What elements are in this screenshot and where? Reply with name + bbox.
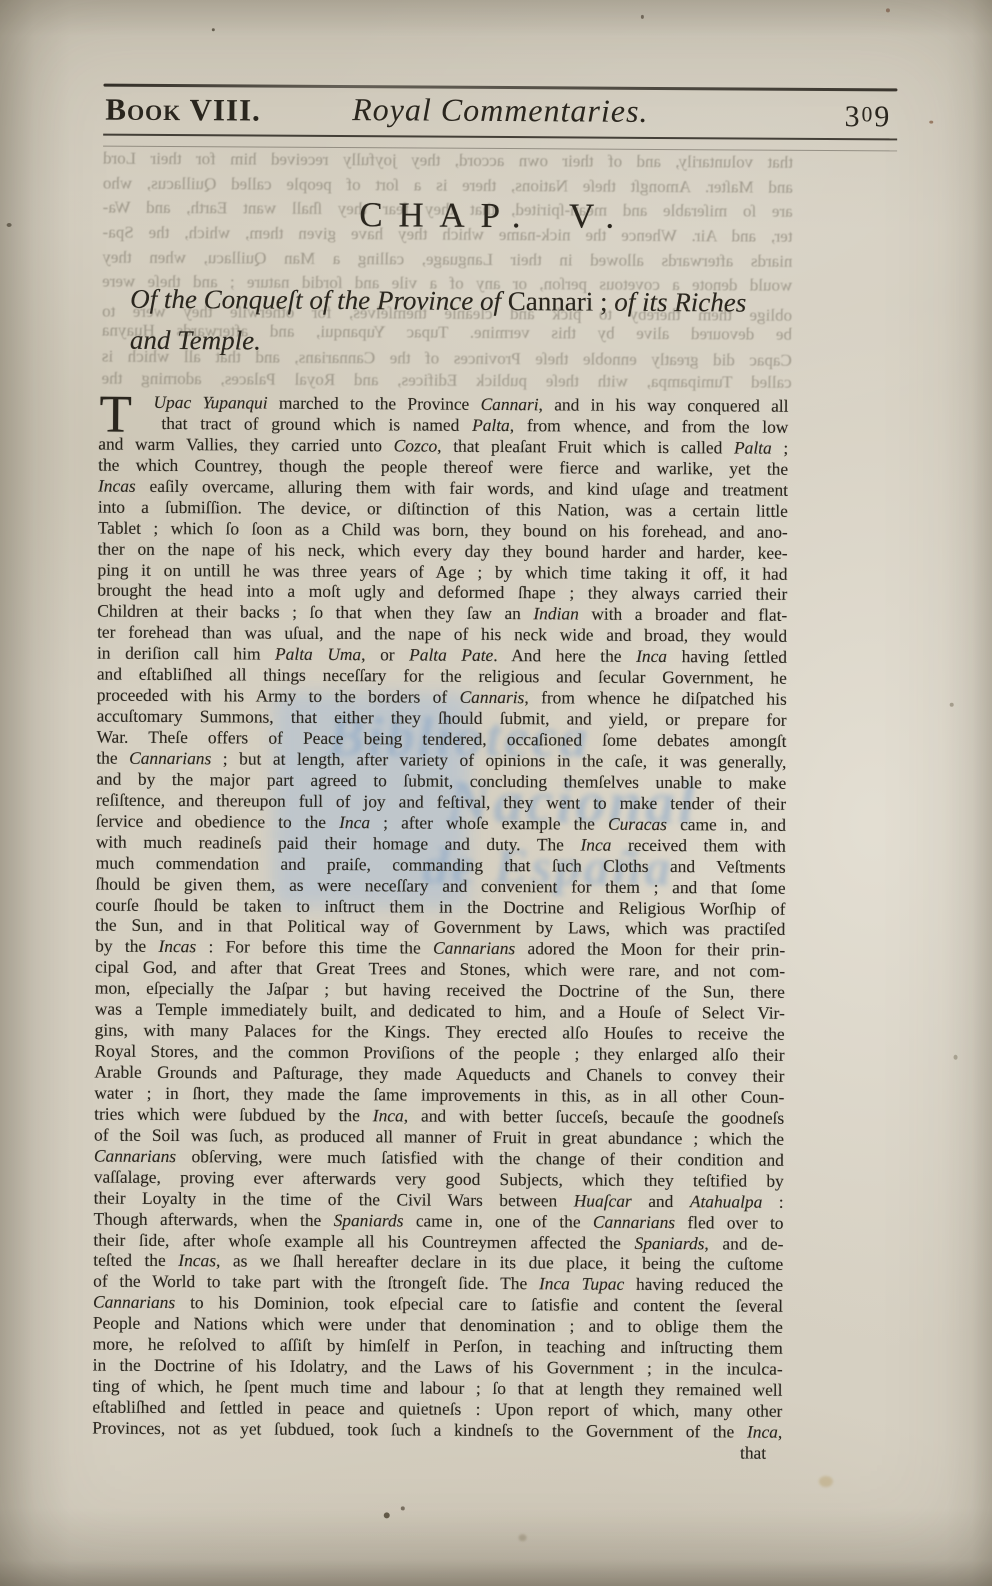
body-line: Provinces, not as yet ſubdued, took ſuch… <box>92 1417 782 1442</box>
stain-spot <box>212 28 215 31</box>
chapter-subtitle: Of the Conqueſt of the Province of Canna… <box>130 279 870 366</box>
body-lines: Upac Yupanqui marched to the Province Ca… <box>92 392 788 1443</box>
catchword: that <box>92 1438 782 1464</box>
running-title: Royal Commentaries. <box>103 90 897 132</box>
stain-spot <box>950 703 954 707</box>
stain-spot <box>641 15 644 19</box>
chapter-heading: CHAP. V. <box>99 194 891 239</box>
bleedthrough-text: that voluntarily, and of their own accor… <box>104 0 804 2</box>
stain-spot <box>7 223 12 227</box>
stain-spot <box>519 1534 527 1541</box>
bleed-line: called Tumipampa, with theſe publick Edi… <box>102 368 792 394</box>
body-text: T Upac Yupanqui marched to the Province … <box>92 392 789 1465</box>
drop-cap: T <box>99 393 132 437</box>
bleed-line: niards afterwards allowed in their Langu… <box>102 247 792 273</box>
subtitle-line: and Temple. <box>130 320 870 366</box>
bleed-line: that voluntarily, and of their own accor… <box>103 148 793 174</box>
stain-spot <box>384 1512 390 1518</box>
stain-spot <box>886 8 890 12</box>
stain-spot <box>819 1476 833 1487</box>
stain-spot <box>929 121 933 124</box>
page-number: 309 <box>844 96 891 130</box>
subtitle-line: Of the Conqueſt of the Province of Canna… <box>130 279 870 325</box>
page-content: that voluntarily, and of their own accor… <box>0 0 992 1586</box>
stain-spot <box>954 1055 958 1060</box>
scanned-book-page: that voluntarily, and of their own accor… <box>0 0 992 1586</box>
stain-spot <box>401 1506 405 1510</box>
page-header: Book VIII. Royal Commentaries. 309 <box>103 90 897 139</box>
